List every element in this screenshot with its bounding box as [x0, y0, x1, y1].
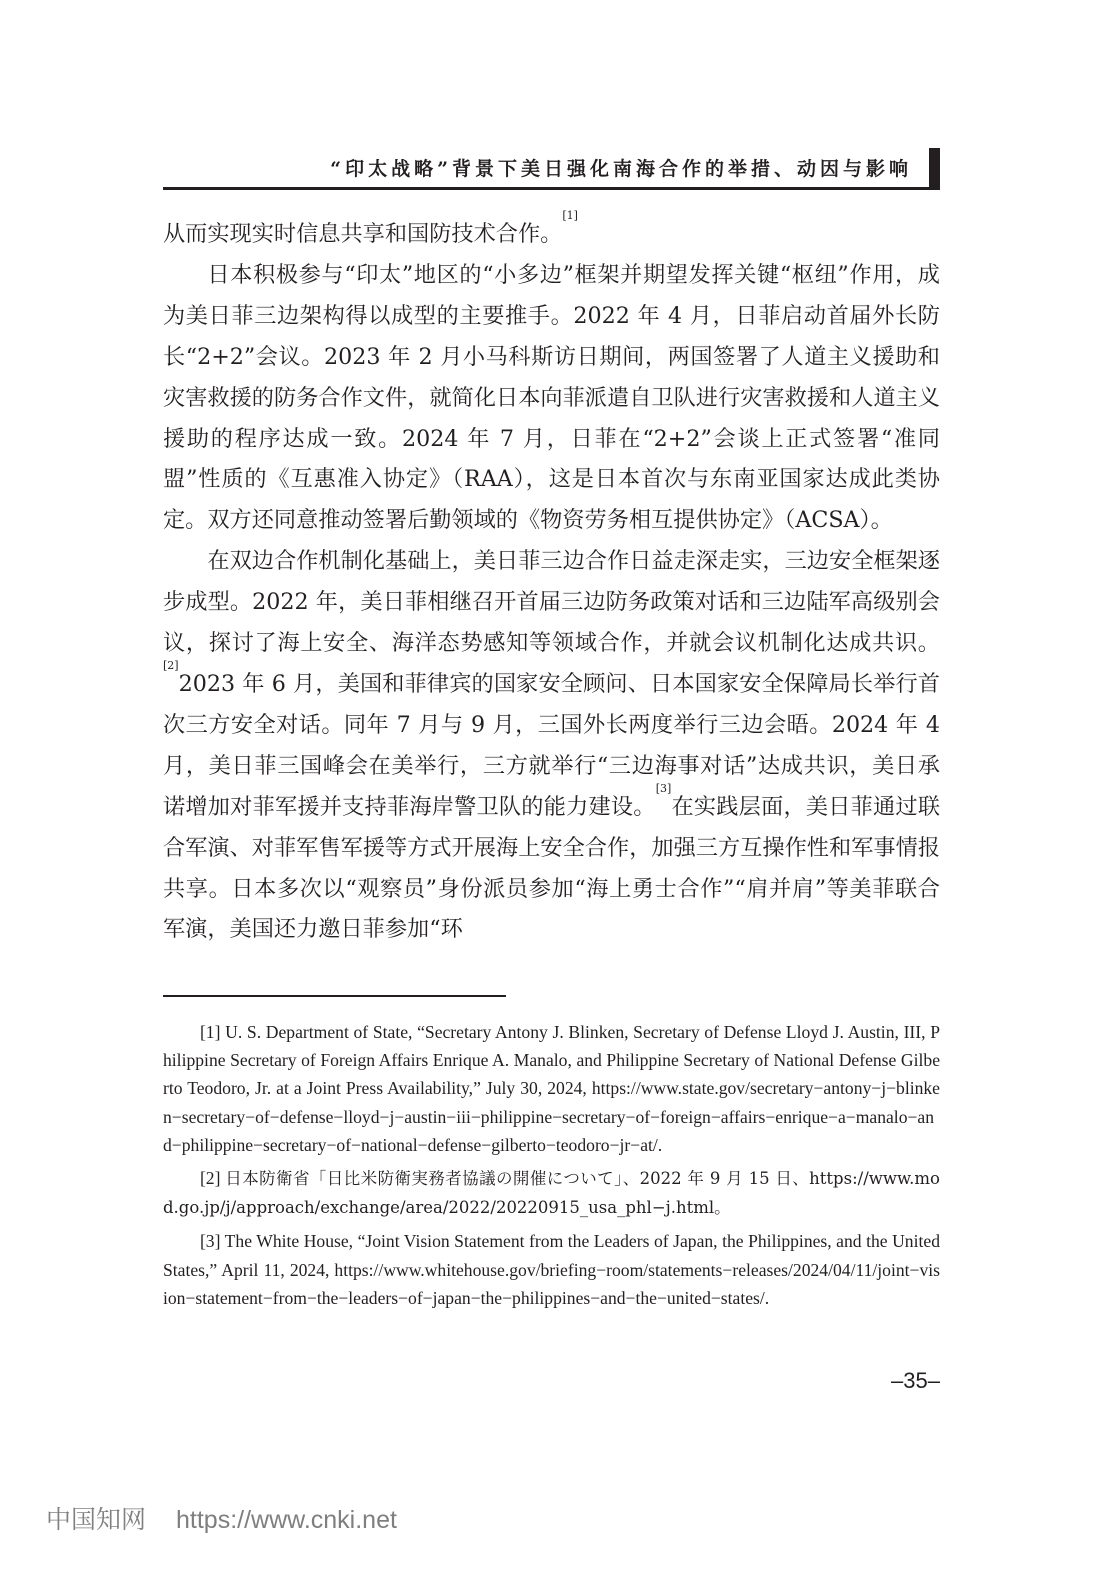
footnote-ref-2[interactable]: [2]: [163, 659, 179, 672]
watermark-name: 中国知网: [46, 1506, 146, 1534]
footnote-text: The White House, “Joint Vision Statement…: [163, 1231, 940, 1307]
watermark-url[interactable]: https://www.cnki.net: [176, 1506, 397, 1534]
footnote-text: U. S. Department of State, “Secretary An…: [163, 1022, 940, 1155]
footnote-divider: [163, 995, 506, 997]
footnote-2: [2] 日本防衛省「日比米防衛実務者協議の開催について」、2022 年 9 月 …: [163, 1164, 940, 1222]
footnote-ref-3[interactable]: [3]: [656, 782, 672, 795]
footnote-marker: [1]: [200, 1022, 221, 1042]
footnote-marker: [2]: [200, 1168, 221, 1188]
paragraph-text: 在双边合作机制化基础上，美日菲三边合作日益走深走实，三边安全框架逐步成型。202…: [163, 548, 940, 656]
footnote-text: 日本防衛省「日比米防衛実務者協議の開催について」、2022 年 9 月 15 日…: [163, 1169, 940, 1217]
paragraph-3: 在双边合作机制化基础上，美日菲三边合作日益走深走实，三边安全框架逐步成型。202…: [163, 541, 940, 950]
footnote-3: [3] The White House, “Joint Vision State…: [163, 1227, 940, 1312]
page-number: –35–: [880, 1368, 940, 1394]
running-header: “印太战略”背景下美日强化南海合作的举措、动因与影响: [163, 148, 940, 190]
footnote-1: [1] U. S. Department of State, “Secretar…: [163, 1018, 940, 1159]
footnotes: [1] U. S. Department of State, “Secretar…: [163, 1018, 940, 1312]
paragraph-1: 从而实现实时信息共享和国防技术合作。[1]: [163, 214, 940, 255]
paragraph-2: 日本积极参与“印太”地区的“小多边”框架并期望发挥关键“枢纽”作用，成为美日菲三…: [163, 255, 940, 541]
footnote-ref-1[interactable]: [1]: [562, 209, 578, 222]
body-text: 从而实现实时信息共享和国防技术合作。[1] 日本积极参与“印太”地区的“小多边”…: [163, 214, 940, 950]
header-bar-decoration: [929, 148, 940, 190]
cnki-watermark: 中国知网https://www.cnki.net: [46, 1500, 397, 1536]
footnote-marker: [3]: [200, 1231, 221, 1251]
running-title: “印太战略”背景下美日强化南海合作的举措、动因与影响: [330, 154, 912, 181]
paragraph-text: 从而实现实时信息共享和国防技术合作。: [163, 221, 562, 247]
